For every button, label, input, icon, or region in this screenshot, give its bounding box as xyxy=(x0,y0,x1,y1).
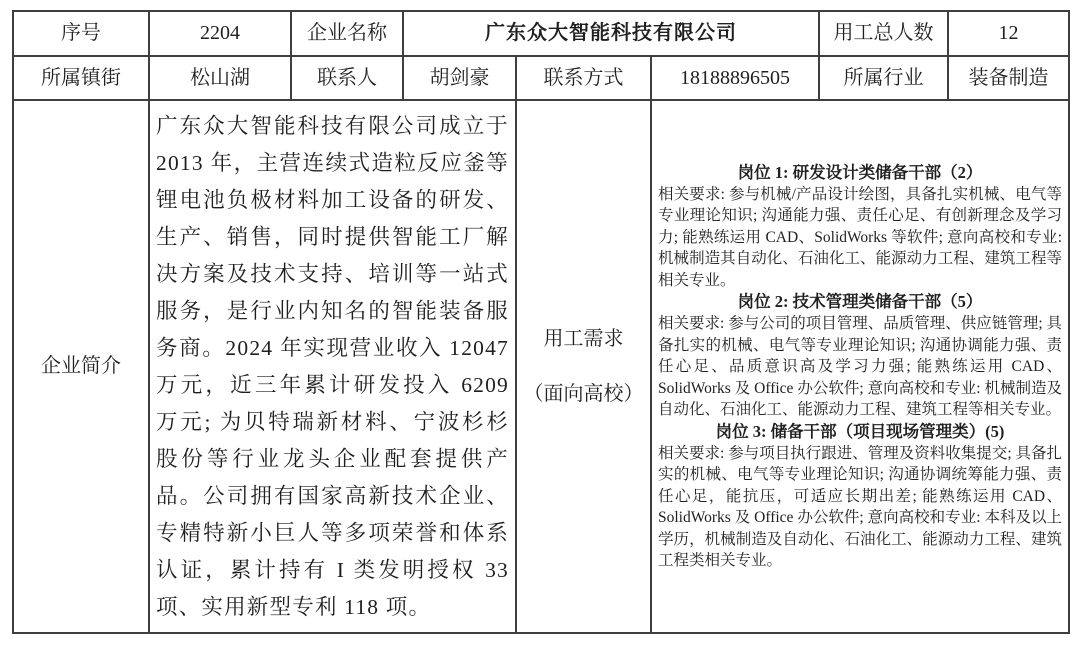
demand-label-line2: （面向高校） xyxy=(523,382,644,407)
demand-label-line1: 用工需求 xyxy=(523,327,644,352)
contact-value: 胡剑豪 xyxy=(403,56,516,100)
seq-label: 序号 xyxy=(13,11,149,56)
industry-label: 所属行业 xyxy=(819,56,948,100)
intro-label: 企业简介 xyxy=(13,100,149,633)
phone-value: 18188896505 xyxy=(651,56,819,100)
job-position-2: 岗位 2: 技术管理类储备干部（5） 相关要求: 参与公司的项目管理、品质管理、… xyxy=(658,291,1062,421)
seq-value: 2204 xyxy=(149,11,291,56)
headcount-label: 用工总人数 xyxy=(819,11,948,56)
job-title: 岗位 1: 研发设计类储备干部（2） xyxy=(658,162,1062,184)
demand-label-cell: 用工需求 （面向高校） xyxy=(516,100,651,633)
company-name-label: 企业名称 xyxy=(291,11,403,56)
intro-cell: 广东众大智能科技有限公司成立于 2013 年，主营连续式造粒反应釜等锂电池负极材… xyxy=(149,100,516,633)
header-row-1: 序号 2204 企业名称 广东众大智能科技有限公司 用工总人数 12 xyxy=(13,11,1069,56)
job-title: 岗位 2: 技术管理类储备干部（5） xyxy=(658,291,1062,313)
town-value: 松山湖 xyxy=(149,56,291,100)
intro-text: 广东众大智能科技有限公司成立于 2013 年，主营连续式造粒反应釜等锂电池负极材… xyxy=(156,108,509,626)
phone-label: 联系方式 xyxy=(516,56,651,100)
document-sheet: 序号 2204 企业名称 广东众大智能科技有限公司 用工总人数 12 所属镇街 … xyxy=(0,0,1080,645)
town-label: 所属镇街 xyxy=(13,56,149,100)
job-position-3: 岗位 3: 储备干部（项目现场管理类）(5) 相关要求: 参与项目执行跟进、管理… xyxy=(658,421,1062,572)
company-info-table: 序号 2204 企业名称 广东众大智能科技有限公司 用工总人数 12 所属镇街 … xyxy=(12,10,1070,634)
jobs-cell: 岗位 1: 研发设计类储备干部（2） 相关要求: 参与机械/产品设计绘图，具备扎… xyxy=(651,100,1069,633)
job-details: 相关要求: 参与机械/产品设计绘图，具备扎实机械、电气等专业理论知识; 沟通能力… xyxy=(658,184,1062,292)
body-row: 企业简介 广东众大智能科技有限公司成立于 2013 年，主营连续式造粒反应釜等锂… xyxy=(13,100,1069,633)
industry-value: 装备制造 xyxy=(948,56,1069,100)
contact-label: 联系人 xyxy=(291,56,403,100)
header-row-2: 所属镇街 松山湖 联系人 胡剑豪 联系方式 18188896505 所属行业 装… xyxy=(13,56,1069,100)
company-name-value: 广东众大智能科技有限公司 xyxy=(403,11,819,56)
job-details: 相关要求: 参与公司的项目管理、品质管理、供应链管理; 具备扎实的机械、电气等专… xyxy=(658,313,1062,421)
job-title: 岗位 3: 储备干部（项目现场管理类）(5) xyxy=(658,421,1062,443)
job-position-1: 岗位 1: 研发设计类储备干部（2） 相关要求: 参与机械/产品设计绘图，具备扎… xyxy=(658,162,1062,292)
headcount-value: 12 xyxy=(948,11,1069,56)
job-details: 相关要求: 参与项目执行跟进、管理及资料收集提交; 具备扎实的机械、电气等专业理… xyxy=(658,443,1062,572)
